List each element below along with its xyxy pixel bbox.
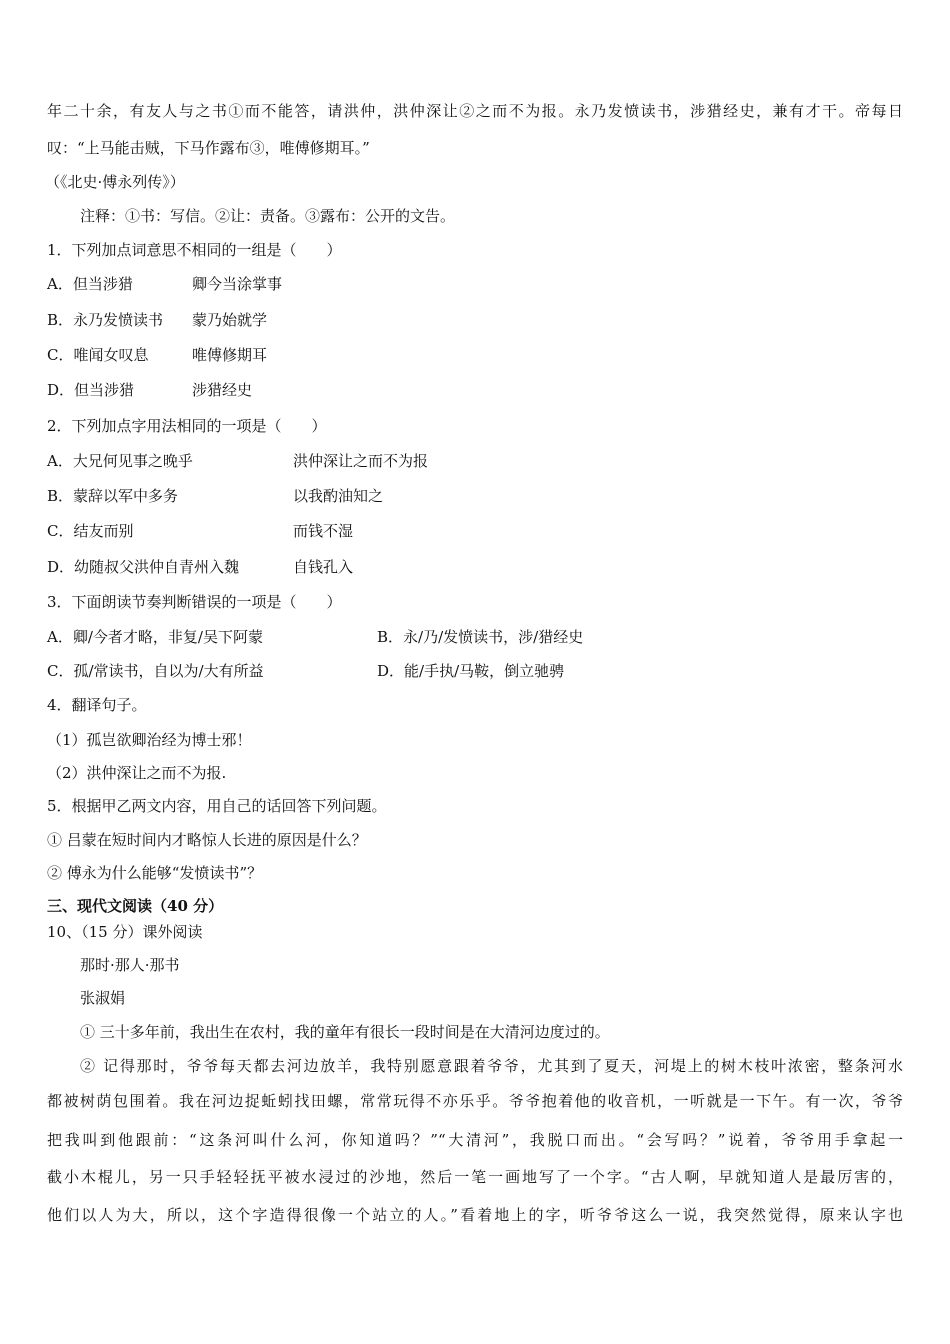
paragraph-2-line-2: 都被树荫包围着。我在河边捉蚯蚓找田螺，常常玩得不亦乐乎。爷爷抱着他的收音机，一听… [47, 1091, 903, 1111]
passage-notes: 注释：①书：写信。②让：责备。③露布：公开的文告。 [80, 206, 455, 226]
q5-stem: 5．根据甲乙两文内容，用自己的话回答下列问题。 [47, 796, 387, 816]
q5-item-2: ② 傅永为什么能够“发愤读书”？ [47, 863, 262, 883]
paragraph-2-line-1: ② 记得那时，爷爷每天都去河边放羊，我特别愿意跟着爷爷，尤其到了夏天，河堤上的树… [80, 1056, 903, 1076]
paragraph-2-line-5: 他们以人为大，所以，这个字造得很像一个站立的人。”看着地上的字，听爷爷这么一说，… [47, 1205, 903, 1225]
passage-line-1: 年二十余，有友人与之书①而不能答，请洪仲，洪仲深让②之而不为报。永乃发愤读书，涉… [47, 101, 903, 121]
q1-stem: 1．下列加点词意思不相同的一组是（ ） [47, 240, 342, 260]
q3-stem: 3．下面朗读节奏判断错误的一项是（ ） [47, 592, 342, 612]
q1-option-a[interactable]: A．但当涉猎卿今当涂掌事 [47, 274, 133, 294]
section-3-heading: 三、现代文阅读（40 分） [47, 896, 223, 916]
q3-option-c[interactable]: C．孤/常读书，自以为/大有所益 [47, 661, 264, 681]
paragraph-1: ① 三十多年前，我出生在农村，我的童年有很长一段时间是在大清河边度过的。 [80, 1022, 610, 1042]
q4-item-1: （1）孤岂欲卿治经为博士邪！ [47, 730, 252, 750]
passage-line-2: 叹：“上马能击贼，下马作露布③，唯傅修期耳。” [47, 138, 370, 158]
q3-option-d[interactable]: D．能/手执/马鞍，倒立驰骋 [377, 661, 564, 681]
q5-item-1: ① 吕蒙在短时间内才略惊人长进的原因是什么？ [47, 830, 367, 850]
paragraph-2-line-4: 截小木棍儿，另一只手轻轻抚平被水浸过的沙地，然后一笔一画地写了一个字。“古人啊，… [47, 1167, 903, 1187]
q2-option-b[interactable]: B．蒙辞以军中多务以我酌油知之 [47, 486, 178, 506]
article-title: 那时·那人·那书 [80, 955, 180, 975]
article-author: 张淑娟 [80, 988, 125, 1008]
q2-option-c[interactable]: C．结友而别而钱不湿 [47, 521, 134, 541]
q1-option-c[interactable]: C．唯闻女叹息唯傅修期耳 [47, 345, 149, 365]
q2-option-d[interactable]: D．幼随叔父洪仲自青州入魏自钱孔入 [47, 557, 239, 577]
q2-option-a[interactable]: A．大兄何见事之晚乎洪仲深让之而不为报 [47, 451, 193, 471]
q1-option-b[interactable]: B．永乃发愤读书蒙乃始就学 [47, 310, 163, 330]
paragraph-2-line-3: 把我叫到他跟前：“这条河叫什么河，你知道吗？”“大清河”，我脱口而出。“会写吗？… [47, 1130, 903, 1150]
q3-option-a[interactable]: A．卿/今者才略，非复/吴下阿蒙 [47, 627, 263, 647]
q4-stem: 4．翻译句子。 [47, 695, 147, 715]
q2-stem: 2．下列加点字用法相同的一项是（ ） [47, 416, 327, 436]
q10-label: 10、（15 分）课外阅读 [47, 922, 202, 942]
q3-option-b[interactable]: B．永/乃/发愤读书，涉/猎经史 [377, 627, 583, 647]
q4-item-2: （2）洪仲深让之而不为报. [47, 763, 226, 783]
passage-source: （《北史·傅永列传》） [45, 172, 185, 192]
q1-option-d[interactable]: D．但当涉猎涉猎经史 [47, 380, 134, 400]
